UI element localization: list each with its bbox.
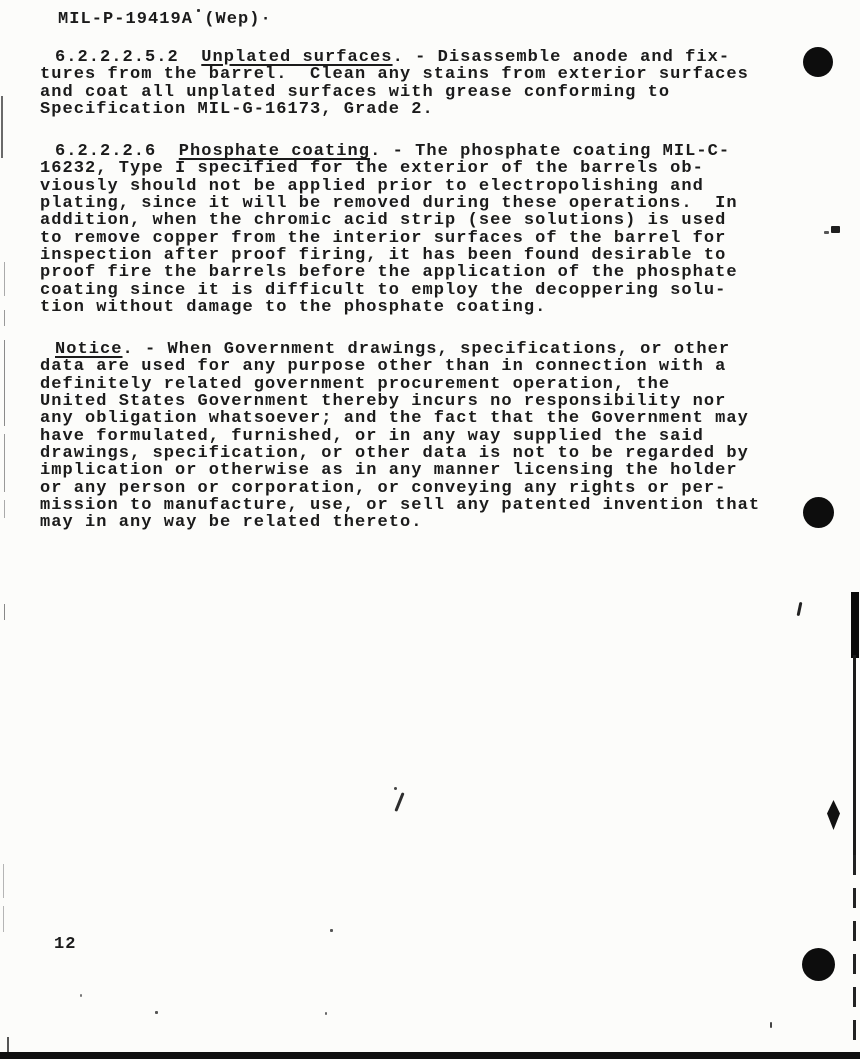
section-number: 6.2.2.2.5.2 xyxy=(55,48,201,67)
bottom-scan-bar xyxy=(0,1052,860,1059)
scan-speck xyxy=(80,994,82,997)
paragraph-phosphate-coating: 6.2.2.2.6 Phosphate coating. - The phosp… xyxy=(40,143,802,316)
scan-speck xyxy=(330,929,333,932)
ink-blot xyxy=(827,800,840,830)
right-edge-scan-line xyxy=(853,655,856,855)
section-text: . - When Government drawings, specificat… xyxy=(40,340,760,532)
stray-pen-stroke xyxy=(394,792,404,812)
left-edge-scan-line xyxy=(4,604,5,620)
left-edge-scan-line xyxy=(1,96,3,158)
section-number: 6.2.2.2.6 xyxy=(55,142,179,161)
punch-mark-dot-bottom xyxy=(802,948,835,981)
scanned-document-page: MIL-P-19419A (Wep)· 6.2.2.2.5.2 Unplated… xyxy=(0,0,860,1059)
page-number: 12 xyxy=(54,936,77,953)
document-id-header: MIL-P-19419A (Wep)· xyxy=(58,11,272,28)
left-edge-scan-line xyxy=(4,310,5,326)
left-edge-scan-line xyxy=(3,864,4,898)
document-body: 6.2.2.2.5.2 Unplated surfaces. - Disasse… xyxy=(40,49,802,531)
paragraph-notice: Notice. - When Government drawings, spec… xyxy=(40,341,802,531)
section-text: . - The phosphate coating MIL-C- 16232, … xyxy=(40,142,738,317)
scan-speck xyxy=(831,226,840,233)
section-heading-unplated-surfaces: Unplated surfaces xyxy=(201,48,392,67)
left-edge-scan-line xyxy=(3,906,4,932)
left-edge-scan-line xyxy=(4,262,5,296)
scan-speck xyxy=(325,1012,327,1015)
margin-tick-mark xyxy=(797,602,803,616)
section-heading-notice: Notice xyxy=(55,340,123,359)
section-heading-phosphate-coating: Phosphate coating xyxy=(179,142,370,161)
left-edge-scan-line xyxy=(4,340,5,426)
scan-speck xyxy=(197,9,200,12)
left-edge-scan-line xyxy=(4,434,5,492)
punch-mark-dot-top xyxy=(803,47,833,77)
left-edge-scan-line xyxy=(4,500,5,518)
right-edge-scan-bar xyxy=(851,592,859,658)
punch-mark-dot-middle xyxy=(803,497,834,528)
paragraph-unplated-surfaces: 6.2.2.2.5.2 Unplated surfaces. - Disasse… xyxy=(40,49,802,118)
scan-speck xyxy=(155,1011,158,1014)
stray-pen-dot xyxy=(394,787,397,790)
left-edge-scan-line xyxy=(7,1037,9,1052)
scan-speck xyxy=(824,231,829,234)
right-edge-scan-line-dashed xyxy=(853,855,856,1052)
scan-speck xyxy=(770,1022,772,1028)
